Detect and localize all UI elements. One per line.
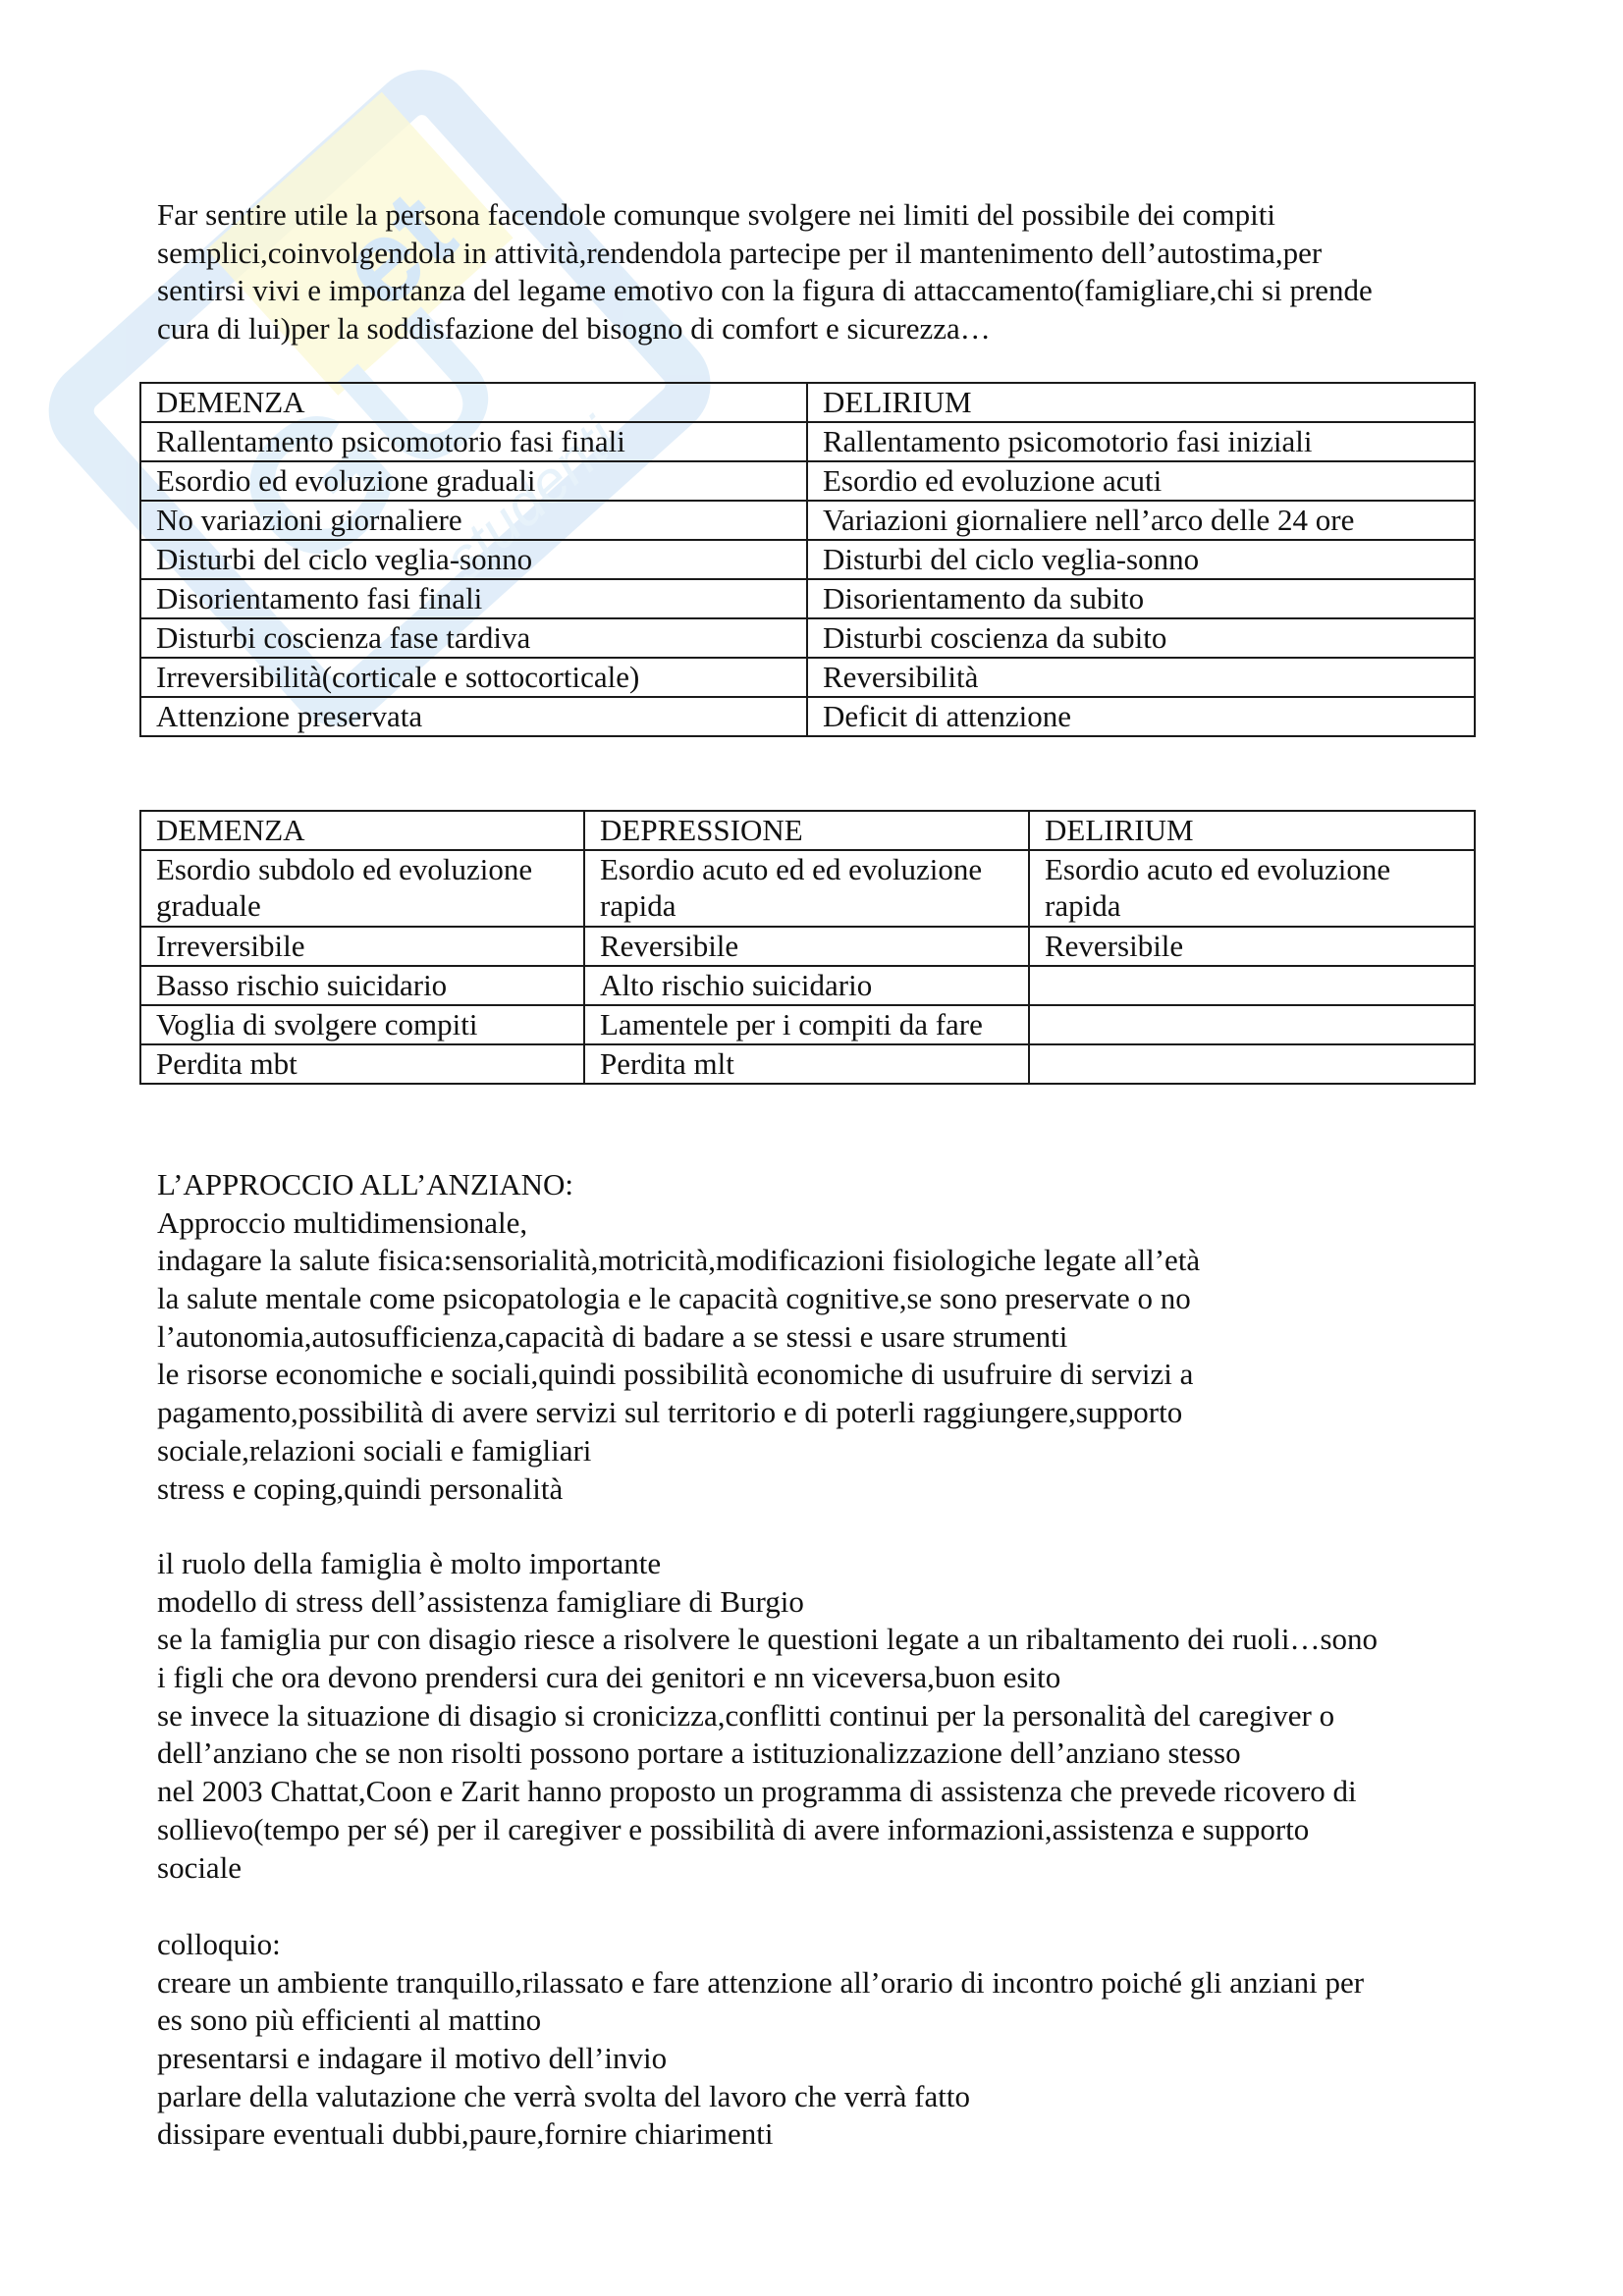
table-cell (1029, 1044, 1475, 1084)
text-line: le risorse economiche e sociali,quindi p… (157, 1356, 1512, 1394)
table-cell: Esordio ed evoluzione acuti (807, 461, 1475, 501)
text-line: dissipare eventuali dubbi,paure,fornire … (157, 2115, 1512, 2154)
table-row: Attenzione preservata Deficit di attenzi… (140, 697, 1475, 736)
text-line: sociale (157, 1849, 1512, 1888)
text-line: se la famiglia pur con disagio riesce a … (157, 1621, 1512, 1659)
table-demenza-delirium: DEMENZA DELIRIUM Rallentamento psicomoto… (139, 382, 1476, 737)
table-cell: Perdita mlt (584, 1044, 1029, 1084)
table-cell: Variazioni giornaliere nell’arco delle 2… (807, 501, 1475, 540)
table-cell: Irreversibilità(corticale e sottocortica… (140, 658, 807, 697)
table-cell: Disturbi del ciclo veglia-sonno (140, 540, 807, 579)
table-cell: Disturbi coscienza da subito (807, 618, 1475, 658)
table-cell: Reversibile (1029, 927, 1475, 966)
table-row: Disorientamento fasi finali Disorientame… (140, 579, 1475, 618)
header-cell: DELIRIUM (807, 383, 1475, 422)
table-header-row: DEMENZA DELIRIUM (140, 383, 1475, 422)
text-line: il ruolo della famiglia è molto importan… (157, 1545, 1512, 1583)
text-line: modello di stress dell’assistenza famigl… (157, 1583, 1512, 1622)
table-cell: Esordio acuto ed ed evoluzione rapida (584, 850, 1029, 927)
header-cell: DEPRESSIONE (584, 811, 1029, 850)
text-line: sociale,relazioni sociali e famigliari (157, 1432, 1512, 1470)
section-famiglia: il ruolo della famiglia è molto importan… (157, 1545, 1512, 1887)
table-cell: Alto rischio suicidario (584, 966, 1029, 1005)
table-cell: Disturbi del ciclo veglia-sonno (807, 540, 1475, 579)
text-line: i figli che ora devono prendersi cura de… (157, 1659, 1512, 1697)
section-colloquio: colloquio: creare un ambiente tranquillo… (157, 1926, 1512, 2154)
table-cell: Rallentamento psicomotorio fasi iniziali (807, 422, 1475, 461)
table-row: Disturbi del ciclo veglia-sonno Disturbi… (140, 540, 1475, 579)
header-cell: DEMENZA (140, 811, 584, 850)
section-heading: L’APPROCCIO ALL’ANZIANO: (157, 1166, 1512, 1204)
table-header-row: DEMENZA DEPRESSIONE DELIRIUM (140, 811, 1475, 850)
table-cell: Voglia di svolgere compiti (140, 1005, 584, 1044)
table-row: Perdita mbt Perdita mlt (140, 1044, 1475, 1084)
table-cell: Lamentele per i compiti da fare (584, 1005, 1029, 1044)
text-line: cura di lui)per la soddisfazione del bis… (157, 310, 1512, 348)
table-cell: Basso rischio suicidario (140, 966, 584, 1005)
header-cell: DEMENZA (140, 383, 807, 422)
table-row: Esordio subdolo ed evoluzione graduale E… (140, 850, 1475, 927)
table-cell: Disturbi coscienza fase tardiva (140, 618, 807, 658)
text-line: Approccio multidimensionale, (157, 1204, 1512, 1243)
text-line: l’autonomia,autosufficienza,capacità di … (157, 1318, 1512, 1357)
table-cell: Rallentamento psicomotorio fasi finali (140, 422, 807, 461)
table-cell: Disorientamento da subito (807, 579, 1475, 618)
table-cell: Deficit di attenzione (807, 697, 1475, 736)
table-cell: Irreversibile (140, 927, 584, 966)
table-cell: Reversibilità (807, 658, 1475, 697)
table-cell: Perdita mbt (140, 1044, 584, 1084)
table-cell (1029, 966, 1475, 1005)
text-line: se invece la situazione di disagio si cr… (157, 1697, 1512, 1735)
text-line: Far sentire utile la persona facendole c… (157, 196, 1512, 235)
table-row: Rallentamento psicomotorio fasi finali R… (140, 422, 1475, 461)
table-row: Voglia di svolgere compiti Lamentele per… (140, 1005, 1475, 1044)
table-cell: Esordio subdolo ed evoluzione graduale (140, 850, 584, 927)
table-cell: Attenzione preservata (140, 697, 807, 736)
text-line: parlare della valutazione che verrà svol… (157, 2078, 1512, 2116)
intro-paragraph: Far sentire utile la persona facendole c… (157, 196, 1512, 348)
table-row: Basso rischio suicidario Alto rischio su… (140, 966, 1475, 1005)
table-row: Irreversibile Reversibile Reversibile (140, 927, 1475, 966)
table-row: Disturbi coscienza fase tardiva Disturbi… (140, 618, 1475, 658)
table-cell: No variazioni giornaliere (140, 501, 807, 540)
table-cell: Esordio ed evoluzione graduali (140, 461, 807, 501)
table-cell: Reversibile (584, 927, 1029, 966)
text-line: stress e coping,quindi personalità (157, 1470, 1512, 1509)
text-line: presentarsi e indagare il motivo dell’in… (157, 2040, 1512, 2078)
text-line: sentirsi vivi e importanza del legame em… (157, 272, 1512, 310)
table-row: No variazioni giornaliere Variazioni gio… (140, 501, 1475, 540)
table-cell (1029, 1005, 1475, 1044)
table-cell: Esordio acuto ed evoluzione rapida (1029, 850, 1475, 927)
text-line: dell’anziano che se non risolti possono … (157, 1735, 1512, 1773)
text-line: pagamento,possibilità di avere servizi s… (157, 1394, 1512, 1432)
text-line: indagare la salute fisica:sensorialità,m… (157, 1242, 1512, 1280)
text-line: semplici,coinvolgendola in attività,rend… (157, 235, 1512, 273)
text-line: la salute mentale come psicopatologia e … (157, 1280, 1512, 1318)
text-line: creare un ambiente tranquillo,rilassato … (157, 1964, 1512, 2002)
table-row: Esordio ed evoluzione graduali Esordio e… (140, 461, 1475, 501)
section-approccio: L’APPROCCIO ALL’ANZIANO: Approccio multi… (157, 1166, 1512, 1508)
table-demenza-depressione-delirium: DEMENZA DEPRESSIONE DELIRIUM Esordio sub… (139, 810, 1476, 1085)
section-heading: colloquio: (157, 1926, 1512, 1964)
text-line: sollievo(tempo per sé) per il caregiver … (157, 1811, 1512, 1849)
header-cell: DELIRIUM (1029, 811, 1475, 850)
text-line: nel 2003 Chattat,Coon e Zarit hanno prop… (157, 1773, 1512, 1811)
text-line: es sono più efficienti al mattino (157, 2002, 1512, 2040)
table-cell: Disorientamento fasi finali (140, 579, 807, 618)
table-row: Irreversibilità(corticale e sottocortica… (140, 658, 1475, 697)
